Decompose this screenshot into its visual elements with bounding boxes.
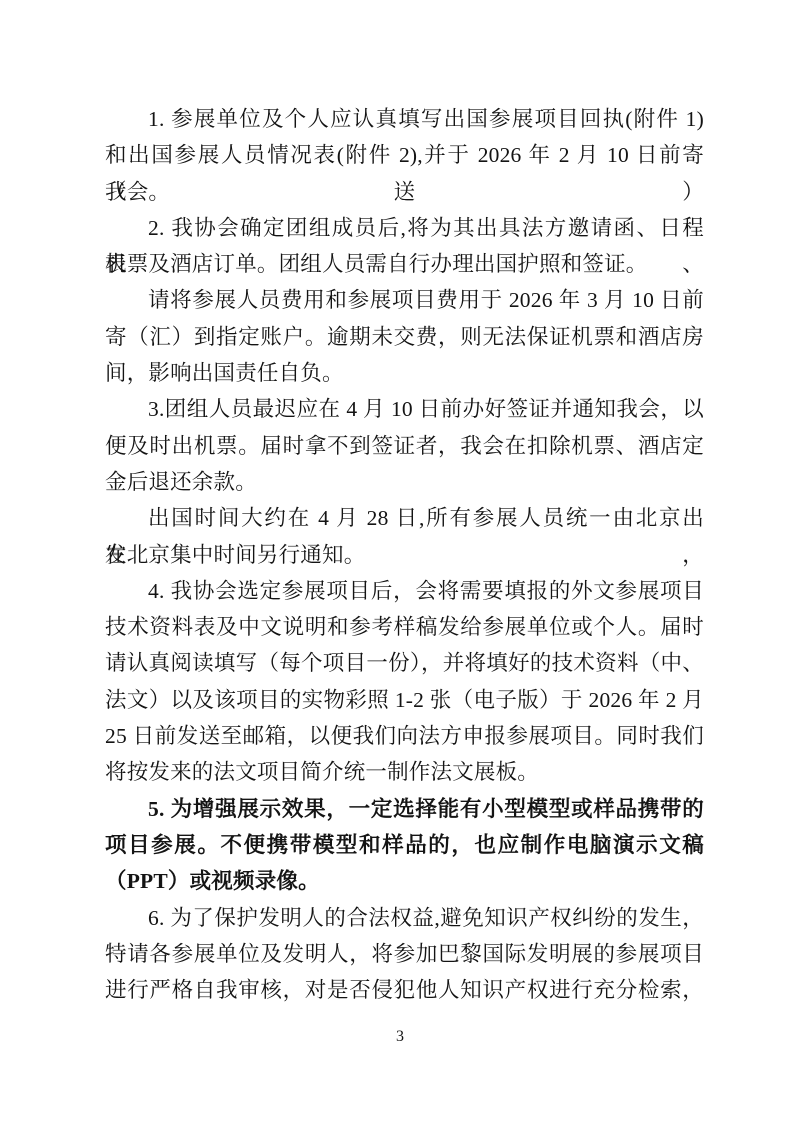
paragraph: 3.团组人员最迟应在 4 月 10 日前办好签证并通知我会，以便及时出机票。届时… [105, 391, 704, 500]
text-line: 法文）以及该项目的实物彩照 1-2 张（电子版）于 2026 年 2 月 [105, 682, 704, 718]
page-footer: 3 [0, 1028, 800, 1046]
text-line: 出国时间大约在 4 月 28 日,所有参展人员统一由北京出发， [105, 500, 704, 536]
text-line: 便及时出机票。届时拿不到签证者，我会在扣除机票、酒店定 [105, 428, 704, 464]
text-line: 进行严格自我审核，对是否侵犯他人知识产权进行充分检索， [105, 972, 704, 1008]
paragraph: 5. 为增强展示效果，一定选择能有小型模型或样品携带的项目参展。不便携带模型和样… [105, 791, 704, 900]
text-line: 请将参展人员费用和参展项目费用于 2026 年 3 月 10 日前 [105, 282, 704, 318]
paragraph: 4. 我协会选定参展项目后，会将需要填报的外文参展项目技术资料表及中文说明和参考… [105, 573, 704, 791]
page-number: 3 [396, 1028, 404, 1045]
paragraph: 2. 我协会确定团组成员后,将为其出具法方邀请函、日程表、机票及酒店订单。团组人… [105, 210, 704, 283]
text-line: 6. 为了保护发明人的合法权益,避免知识产权纠纷的发生， [105, 900, 704, 936]
text-line: 1. 参展单位及个人应认真填写出国参展项目回执(附件 1) [105, 101, 704, 137]
paragraph: 出国时间大约在 4 月 28 日,所有参展人员统一由北京出发，在北京集中时间另行… [105, 500, 704, 573]
paragraph: 请将参展人员费用和参展项目费用于 2026 年 3 月 10 日前寄（汇）到指定… [105, 282, 704, 391]
text-line: 2. 我协会确定团组成员后,将为其出具法方邀请函、日程表、 [105, 210, 704, 246]
paragraph: 6. 为了保护发明人的合法权益,避免知识产权纠纷的发生，特请各参展单位及发明人，… [105, 900, 704, 1009]
text-line: 5. 为增强展示效果，一定选择能有小型模型或样品携带的 [105, 791, 704, 827]
text-line: （PPT）或视频录像。 [105, 863, 704, 899]
text-line: 寄（汇）到指定账户。逾期未交费，则无法保证机票和酒店房 [105, 319, 704, 355]
paragraph: 1. 参展单位及个人应认真填写出国参展项目回执(附件 1)和出国参展人员情况表(… [105, 101, 704, 210]
text-line: 特请各参展单位及发明人，将参加巴黎国际发明展的参展项目 [105, 936, 704, 972]
text-line: 和出国参展人员情况表(附件 2),并于 2026 年 2 月 10 日前寄（送） [105, 137, 704, 173]
text-line: 间，影响出国责任自负。 [105, 355, 704, 391]
text-line: 3.团组人员最迟应在 4 月 10 日前办好签证并通知我会，以 [105, 391, 704, 427]
text-line: 技术资料表及中文说明和参考样稿发给参展单位或个人。届时 [105, 609, 704, 645]
document-body: 1. 参展单位及个人应认真填写出国参展项目回执(附件 1)和出国参展人员情况表(… [105, 101, 704, 1008]
document-page: 1. 参展单位及个人应认真填写出国参展项目回执(附件 1)和出国参展人员情况表(… [0, 0, 800, 1131]
text-line: 金后退还余款。 [105, 464, 704, 500]
text-line: 4. 我协会选定参展项目后，会将需要填报的外文参展项目 [105, 573, 704, 609]
text-line: 将按发来的法文项目简介统一制作法文展板。 [105, 754, 704, 790]
text-line: 请认真阅读填写（每个项目一份），并将填好的技术资料（中、 [105, 645, 704, 681]
text-line: 项目参展。不便携带模型和样品的，也应制作电脑演示文稿 [105, 827, 704, 863]
text-line: 机票及酒店订单。团组人员需自行办理出国护照和签证。 [105, 246, 704, 282]
text-line: 25 日前发送至邮箱，以便我们向法方申报参展项目。同时我们 [105, 718, 704, 754]
